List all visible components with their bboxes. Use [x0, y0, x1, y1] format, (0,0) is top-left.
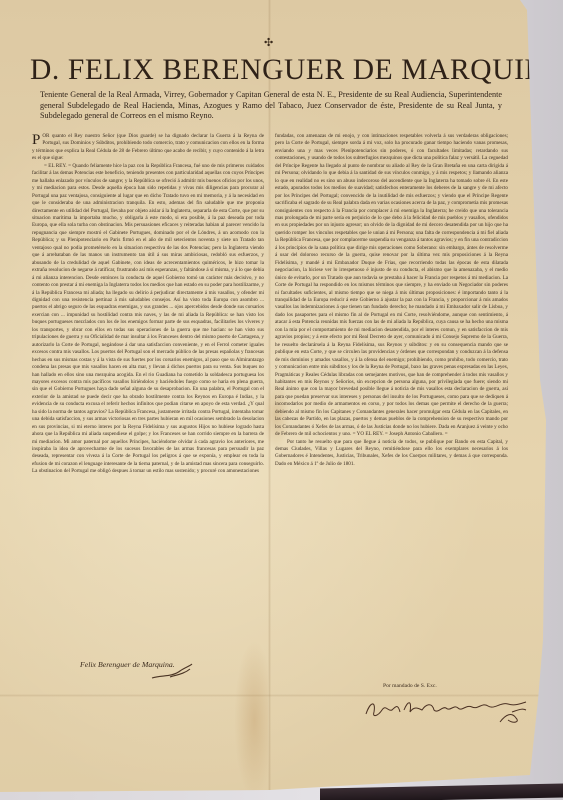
signature-flourish-icon: [150, 663, 194, 681]
document-subtitle: Teniente General de la Real Armada, Virr…: [40, 90, 502, 122]
text-column-left: POR quanto el Rey nuestro Señor (que Dio…: [32, 133, 264, 476]
drop-cap: P: [32, 134, 40, 147]
text-column-right: fundadas, con amenazas de mi enojo, y co…: [275, 133, 508, 468]
document-sheet: ✣ D. FELIX BERENGUER DE MARQUINA Tenient…: [0, 0, 546, 792]
royal-decree-paragraph: = EL REY. = Quando feliamente hice la pa…: [32, 163, 264, 476]
royal-decree-continuation: fundadas, con amenazas de mi enojo, y co…: [275, 133, 508, 439]
by-order-label: Por mandado de S. Exc.: [383, 683, 437, 689]
opening-paragraph: POR quanto el Rey nuestro Señor (que Dio…: [32, 133, 264, 163]
cross-ornament-icon: ✣: [264, 36, 273, 49]
opening-paragraph-text: OR quanto el Rey nuestro Señor (que Dios…: [32, 133, 264, 161]
handwritten-signature: [362, 692, 532, 726]
viceroy-order-paragraph: Por tanto he resuelto que para que llegu…: [275, 439, 508, 469]
document-title: D. FELIX BERENGUER DE MARQUINA: [30, 54, 500, 87]
water-stain: [234, 640, 268, 800]
